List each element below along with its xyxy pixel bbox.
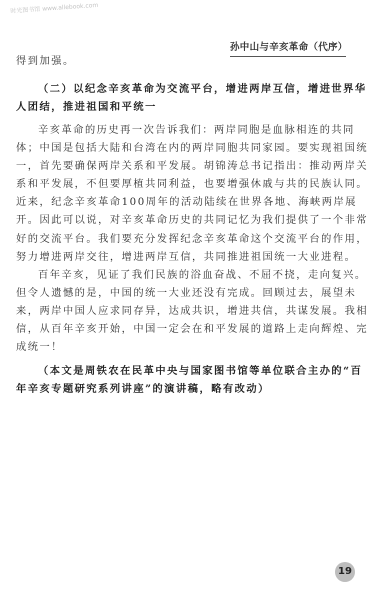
paragraph-line: 体；中国是包括大陆和台湾在内的两岸同胞共同家园。要实现祖国统 xyxy=(16,142,352,156)
section-heading-line-1: （二）以纪念辛亥革命为交流平台，增进两岸互信，增进世界华 xyxy=(38,82,374,96)
watermark: 时光图书馆 www.allebook.com xyxy=(10,0,98,15)
paragraph-line: 但令人遗憾的是，中国的统一大业还没有完成。回顾过去，展望未 xyxy=(16,287,352,301)
paragraph-line: 百年辛亥，见证了我们民族的浴血奋战、不屈不挠，走向复兴。 xyxy=(38,269,374,283)
paragraph-line: 系和平发展，不但要厚植共同利益，也要增强休戚与共的民族认同。 xyxy=(16,178,352,192)
body-line-closing: 得到加强。 xyxy=(16,55,352,69)
paragraph-line: 开。因此可以说，对辛亥革命历史的共同记忆为我们提供了一个非常 xyxy=(16,214,352,228)
paragraph-line: 努力增进两岸交往，增进两岸互信，共同推进祖国统一大业进程。 xyxy=(16,251,352,265)
section-heading-line-2: 人团结，推进祖国和平统一 xyxy=(16,100,352,114)
paragraph-line: 好的交流平台。我们要充分发挥纪念辛亥革命这个交流平台的作用， xyxy=(16,233,352,247)
paragraph-line: 成统一！ xyxy=(16,341,352,355)
paragraph-line: 近来，纪念辛亥革命100周年的活动陆续在世界各地、海峡两岸展 xyxy=(16,196,352,210)
paragraph-line: 来，两岸中国人应求同存异，达成共识，增进共信，共谋发展。我相 xyxy=(16,305,352,319)
source-note-line: （本文是周铁农在民革中央与国家图书馆等单位联合主办的“百 xyxy=(38,364,374,378)
page-number-badge: 19 xyxy=(335,562,355,582)
paragraph-line: 信，从百年辛亥开始，中国一定会在和平发展的道路上走向辉煌、完 xyxy=(16,323,352,337)
paragraph-line: 辛亥革命的历史再一次告诉我们：两岸同胞是血脉相连的共同 xyxy=(38,124,374,138)
paragraph-line: 一，首先要确保两岸关系和平发展。胡锦涛总书记指出：推动两岸关 xyxy=(16,160,352,174)
source-note-line: 年辛亥专题研究系列讲座”的演讲稿，略有改动） xyxy=(16,382,352,396)
